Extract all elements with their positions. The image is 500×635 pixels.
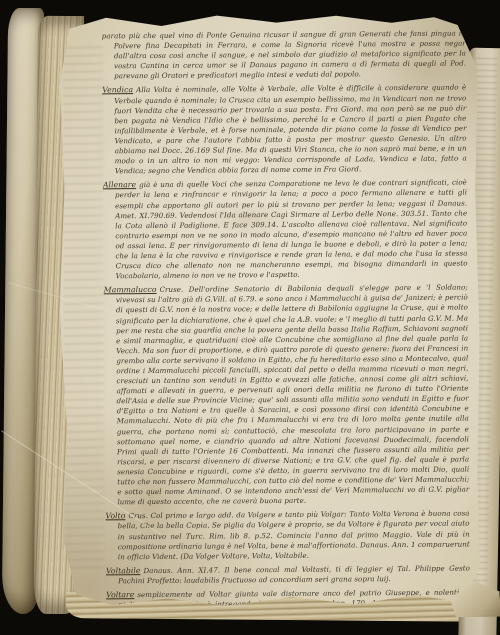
photo-background: parato più che quel vino di Ponte Genuin… [0,0,500,635]
entry-text: già è una di quelle Voci che senza Compa… [115,178,468,281]
manuscript-paragraph: VendicaAlla Volta è nominale, alle Volte… [102,83,467,177]
entry-text: parato più che quel vino di Ponte Genuin… [102,29,466,81]
entry-text: Cruse. Dell'ordine Senatorio di Babiloni… [116,283,470,507]
entry-text: Crus. Col primo e largo add. da Volgere … [118,509,470,561]
manuscript-page: parato più che quel vino di Ponte Genuin… [55,9,483,610]
entry-headword: Volto [106,512,126,521]
entry-headword: Mammalucco [104,285,157,294]
manuscript-paragraph: Allenaregià è una di quelle Voci che sen… [103,178,468,282]
entry-headword: Allenare [103,180,136,189]
manuscript-paragraph: VoltabileDanaus. Ann. XI.47. Il bene con… [106,563,470,586]
entry-headword: Voltare [106,590,134,599]
manuscript-paragraph: MammaluccoCruse. Dell'ordine Senatorio d… [104,283,470,508]
entry-headword: Vendica [102,86,133,95]
entry-text: Alla Volta è nominale, alle Volte è Verb… [114,83,467,176]
handwritten-text-area: parato più che quel vino di Ponte Genuin… [102,29,471,625]
manuscript-paragraph: VoltoCrus. Col primo e largo add. da Vol… [106,509,470,562]
entry-headword: Voltabile [106,566,141,575]
manuscript-paragraph: parato più che quel vino di Ponte Genuin… [102,29,466,82]
verso-showthrough [63,44,105,575]
entry-text: Danaus. Ann. XI.47. Il bene concal mal V… [118,563,470,585]
